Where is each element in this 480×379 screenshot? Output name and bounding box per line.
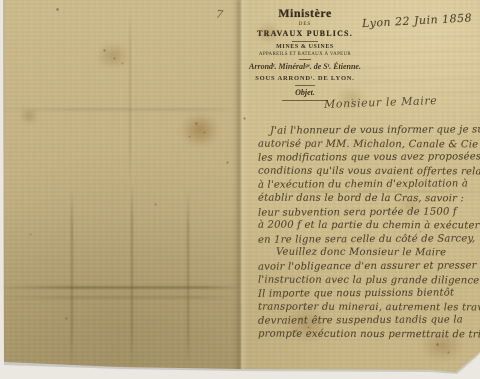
body-line: prompte exécution nous permettrait de tr…: [258, 328, 480, 342]
fold-crease-horizontal: [2, 296, 232, 299]
letterhead-service-1: MINES & USINES: [243, 44, 367, 50]
body-line: autorisé par MM. Michalon, Canale & Cie …: [258, 137, 480, 151]
fold-crease-horizontal: [2, 286, 239, 289]
body-line: à 2000 f et la partie du chemin à exécut…: [258, 219, 480, 233]
body-line: J'ai l'honneur de vous informer que je s…: [258, 123, 480, 138]
body-line: établir dans le bord de la Cras, savoir …: [258, 192, 480, 206]
letterhead-divider: [295, 85, 315, 86]
letterhead-district: Arrondᵗ. Minéralᵍᵉ. de Sᵗ. Étienne.: [243, 62, 367, 71]
letterhead-department: TRAVAUX PUBLICS.: [243, 29, 367, 38]
fold-crease-vertical: [187, 190, 189, 370]
letterhead-subdistrict: SOUS ARRONDᵗ. DE LYON.: [243, 75, 367, 82]
letterhead-divider: [299, 59, 311, 60]
body-line: les modifications que vous avez proposée…: [258, 150, 480, 165]
foxing-stain: [96, 42, 130, 70]
letterhead-service-2: APPAREILS ET BATEAUX À VAPEUR: [243, 52, 367, 57]
letterhead-divider: [292, 41, 318, 42]
letterhead-objet-label: Objet.: [243, 88, 367, 97]
body-line: l'instruction avec la plus grande dilige…: [258, 273, 480, 287]
letterhead-ministry: Ministère: [243, 6, 367, 21]
printed-letterhead: Ministère DES TRAVAUX PUBLICS. MINES & U…: [243, 6, 367, 103]
foxing-stain: [180, 112, 220, 148]
ink-bleed-through: [350, 34, 480, 94]
body-line: leur subvention sera portée de 1500 f: [258, 205, 480, 220]
fold-crease-vertical: [71, 188, 73, 370]
letterhead-divider: [282, 100, 328, 101]
letter-sheet: 7 Ministère DES TRAVAUX PUBLICS. MINES &…: [0, 0, 480, 379]
handwritten-dateline: Lyon 22 Juin 1858: [362, 11, 480, 30]
fold-crease-vertical: [131, 182, 133, 370]
body-line: avoir l'obligeance d'en assurer et press…: [258, 259, 480, 274]
fold-crease-vertical: [129, 10, 131, 186]
body-line: Il importe que nous puissions bientôt: [258, 286, 480, 301]
handwritten-body: J'ai l'honneur de vous informer que je s…: [258, 124, 480, 342]
ink-specks: [0, 0, 1, 1]
body-line: Veuillez donc Monsieur le Maire: [258, 246, 480, 260]
handwritten-salutation: Monsieur le Maire: [324, 94, 438, 111]
body-line: devraient être suspendus tandis que la: [258, 314, 480, 329]
foxing-stain: [20, 108, 38, 124]
body-line: à l'exécution du chemin d'exploitation à: [258, 178, 480, 193]
letterhead-des: DES: [243, 22, 367, 27]
fold-crease-horizontal: [2, 108, 234, 111]
